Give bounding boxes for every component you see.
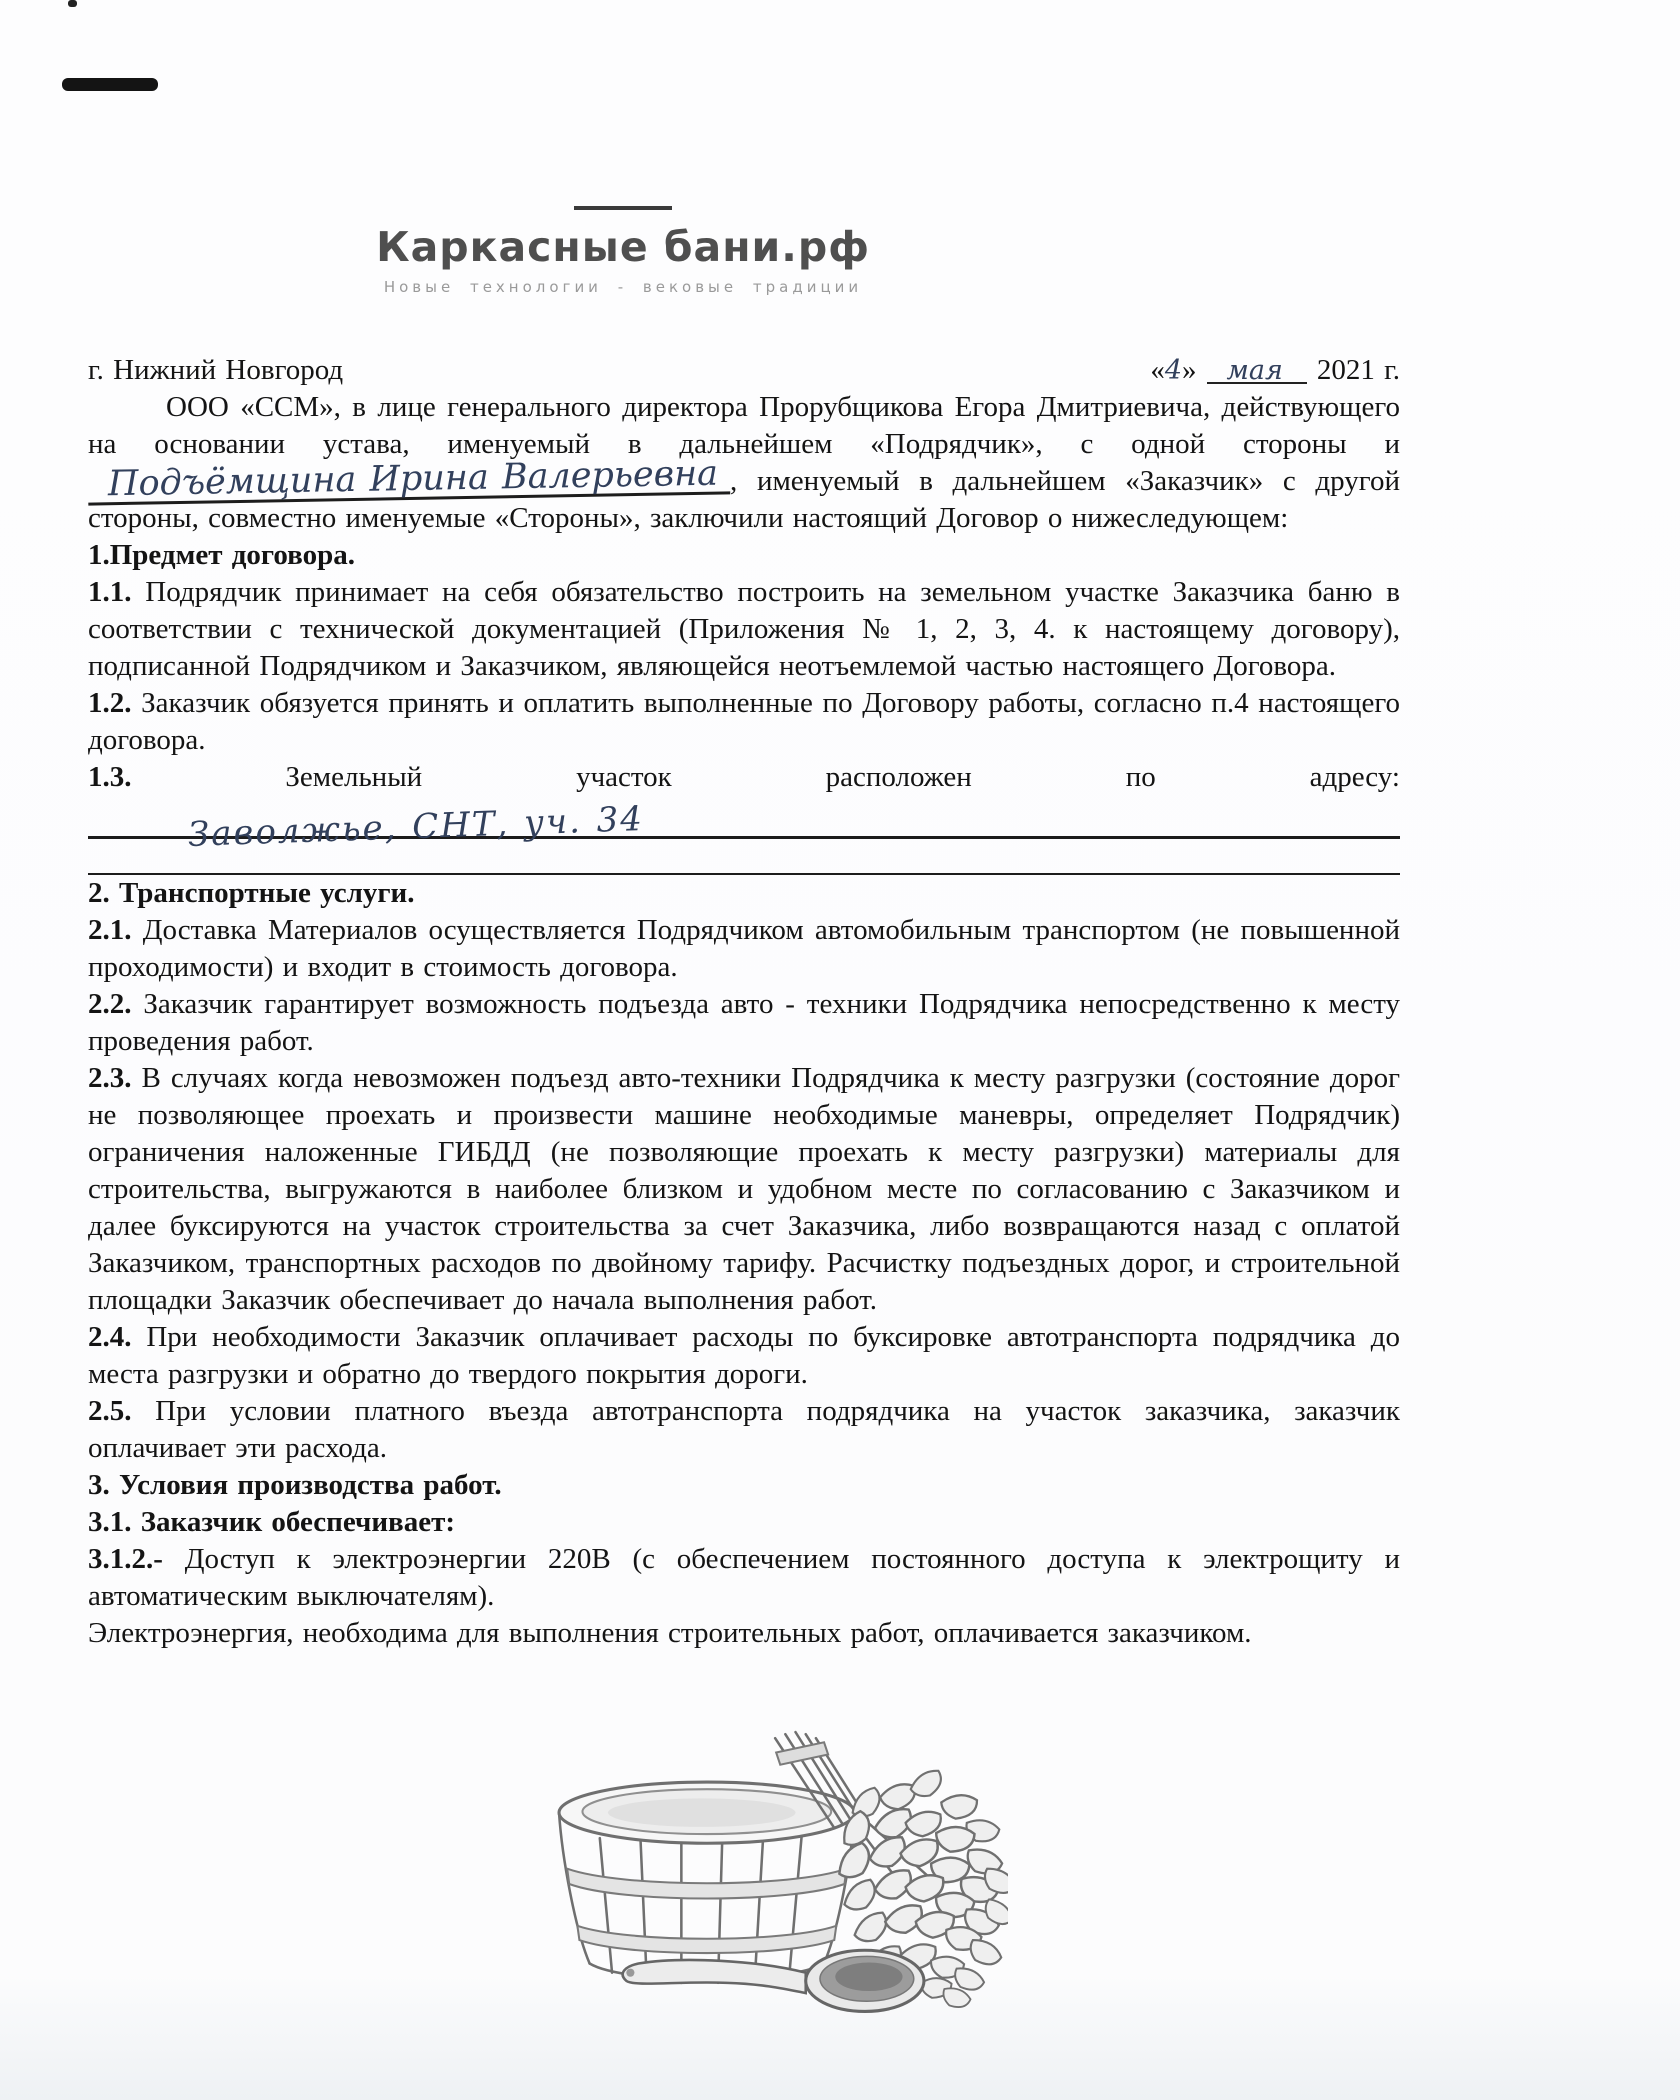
clause-2-2: 2.2. Заказчик гарантирует возможность по… xyxy=(88,986,1400,1060)
intro-paragraph: ООО «ССМ», в лице генерального директора… xyxy=(88,389,1400,537)
scan-artifact-dot xyxy=(68,0,77,7)
dateline: г. Нижний Новгород «4»мая2021 г. xyxy=(88,352,1400,389)
logo-subtitle: Новые технологии - вековые традиции xyxy=(363,278,883,296)
clause-2-5: 2.5. При условии платного въезда автотра… xyxy=(88,1393,1400,1467)
clause-1-1: 1.1. Подрядчик принимает на себя обязате… xyxy=(88,574,1400,685)
clause-1-3: 1.3. Земельный участок расположен по адр… xyxy=(88,759,1400,796)
clause-3-electricity: Электроэнергия, необходима для выполнени… xyxy=(88,1615,1400,1652)
bath-illustration xyxy=(528,1726,1008,2042)
clause-2-1: 2.1. Доставка Материалов осуществляется … xyxy=(88,912,1400,986)
month-underline: мая xyxy=(1207,359,1307,384)
date-field: «4»мая2021 г. xyxy=(1150,352,1400,389)
city-label: г. Нижний Новгород xyxy=(88,352,343,389)
handwritten-month: мая xyxy=(1227,355,1283,386)
section-2-title: 2. Транспортные услуги. xyxy=(88,875,1400,912)
quote-open: « xyxy=(1150,354,1165,386)
clause-2-4: 2.4. При необходимости Заказчик оплачива… xyxy=(88,1319,1400,1393)
clause-3-1-2: 3.1.2.- Доступ к электроэнергии 220В (с … xyxy=(88,1541,1400,1615)
section-1-title: 1.Предмет договора. xyxy=(88,537,1400,574)
bucket-sketch xyxy=(559,1782,855,1983)
quote-close: » xyxy=(1182,354,1197,386)
clause-2-3: 2.3. В случаях когда невозможен подъезд … xyxy=(88,1060,1400,1319)
address-blank-line-1: Заволжье, СНТ, уч. 34 xyxy=(88,796,1400,839)
handwritten-day: 4 xyxy=(1165,355,1182,386)
scanned-contract-page: Каркасные бани.рф Новые технологии - век… xyxy=(0,0,1680,2100)
logo-top-rule xyxy=(574,206,672,210)
ladle-sketch xyxy=(623,1950,924,2011)
logo-title: Каркасные бани.рф xyxy=(363,223,883,271)
address-blank-line-2 xyxy=(88,839,1400,875)
section-3-title: 3. Условия производства работ. xyxy=(88,1467,1400,1504)
bath-sketch-svg xyxy=(528,1726,1008,2042)
year-label: 2021 г. xyxy=(1317,354,1400,386)
company-logo: Каркасные бани.рф Новые технологии - век… xyxy=(363,206,883,296)
clause-3-1: 3.1. Заказчик обеспечивает: xyxy=(88,1504,1400,1541)
scan-artifact-bar xyxy=(62,78,158,91)
contract-body: г. Нижний Новгород «4»мая2021 г. ООО «СС… xyxy=(88,352,1400,2042)
clause-1-2: 1.2. Заказчик обязуется принять и оплати… xyxy=(88,685,1400,759)
handwritten-customer-name: Подъёмщина Ирина Валерьевна xyxy=(88,458,731,505)
